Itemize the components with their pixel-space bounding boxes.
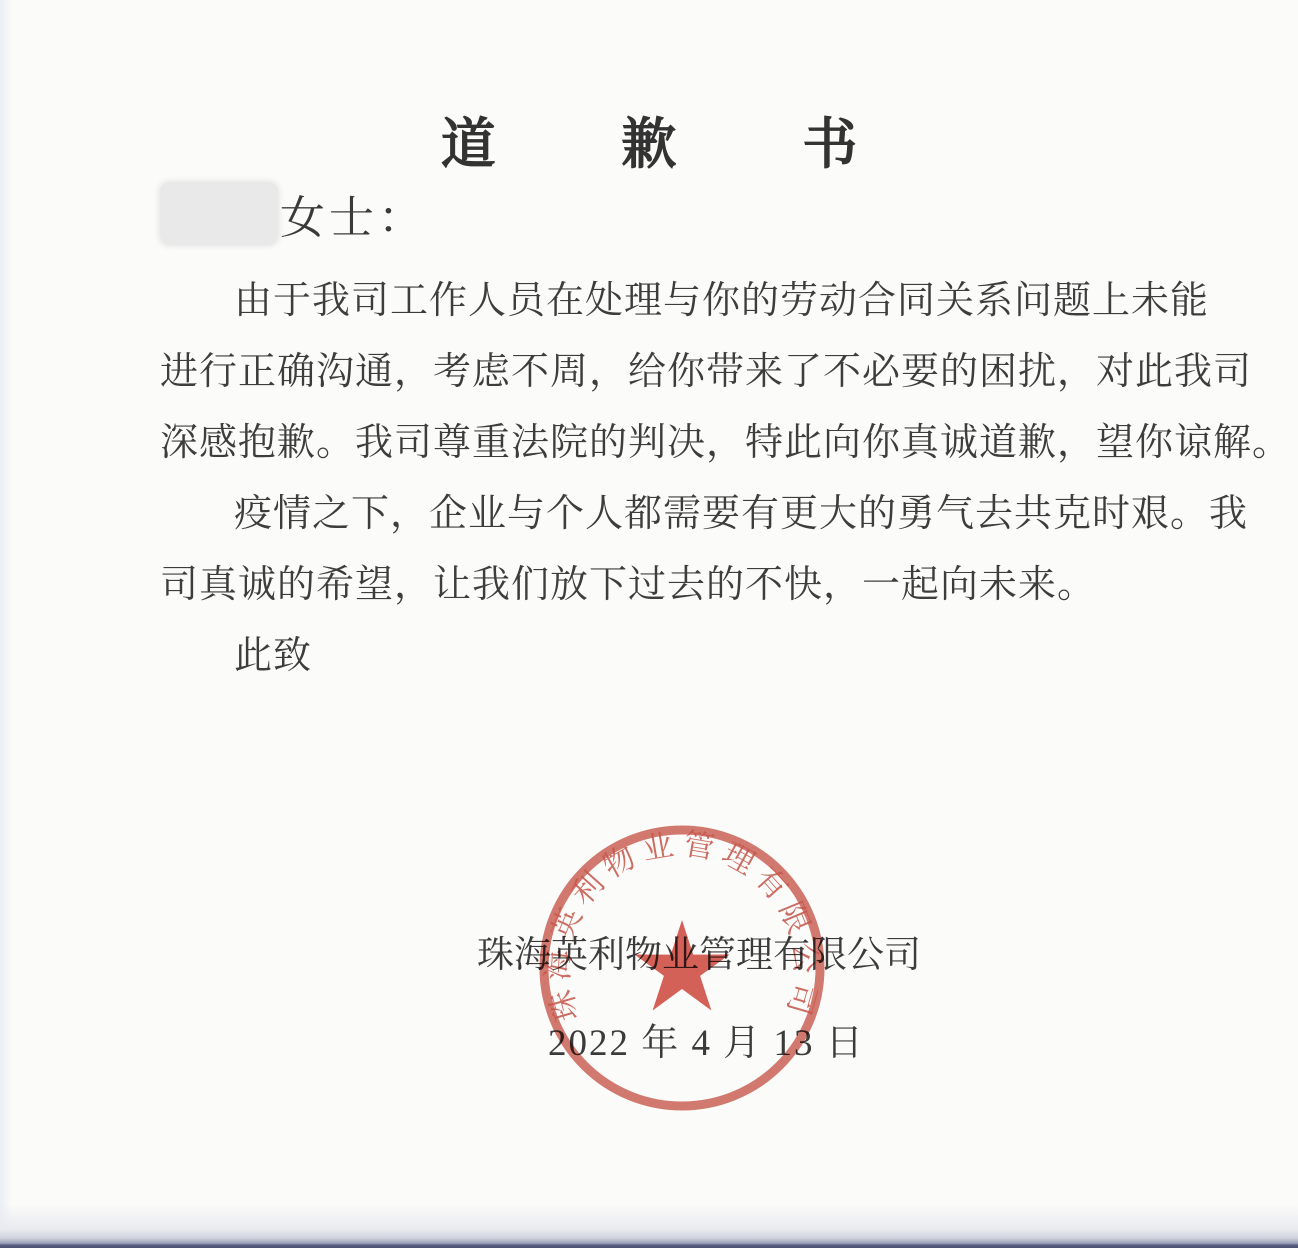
apology-letter-page: 道 歉 书 女士： 由于我司工作人员在处理与你的劳动合同关系问题上未能 进行正确… xyxy=(0,0,1298,1248)
company-seal: 珠海英利物业管理有限公司 xyxy=(532,818,832,1118)
body-line: 深感抱歉。我司尊重法院的判决，特此向你真诚道歉，望你谅解。 xyxy=(160,408,1170,479)
body-line: 疫情之下，企业与个人都需要有更大的勇气去共克时艰。我 xyxy=(160,479,1170,550)
letter-body: 由于我司工作人员在处理与你的劳动合同关系问题上未能 进行正确沟通，考虑不周，给你… xyxy=(160,266,1170,692)
page-bottom-edge xyxy=(0,1204,1298,1248)
salutation-suffix: 女士： xyxy=(280,181,427,246)
salutation-line: 女士： xyxy=(160,181,427,246)
body-line: 进行正确沟通，考虑不周，给你带来了不必要的困扰，对此我司 xyxy=(160,337,1170,408)
body-line: 由于我司工作人员在处理与你的劳动合同关系问题上未能 xyxy=(160,266,1170,337)
redacted-name-box xyxy=(160,182,278,245)
document-title: 道 歉 书 xyxy=(0,100,1298,179)
body-line: 司真诚的希望，让我们放下过去的不快，一起向未来。 xyxy=(160,550,1170,621)
page-left-edge xyxy=(0,0,12,1248)
red-star-icon xyxy=(634,920,729,1011)
body-line-closing: 此致 xyxy=(160,621,1170,692)
